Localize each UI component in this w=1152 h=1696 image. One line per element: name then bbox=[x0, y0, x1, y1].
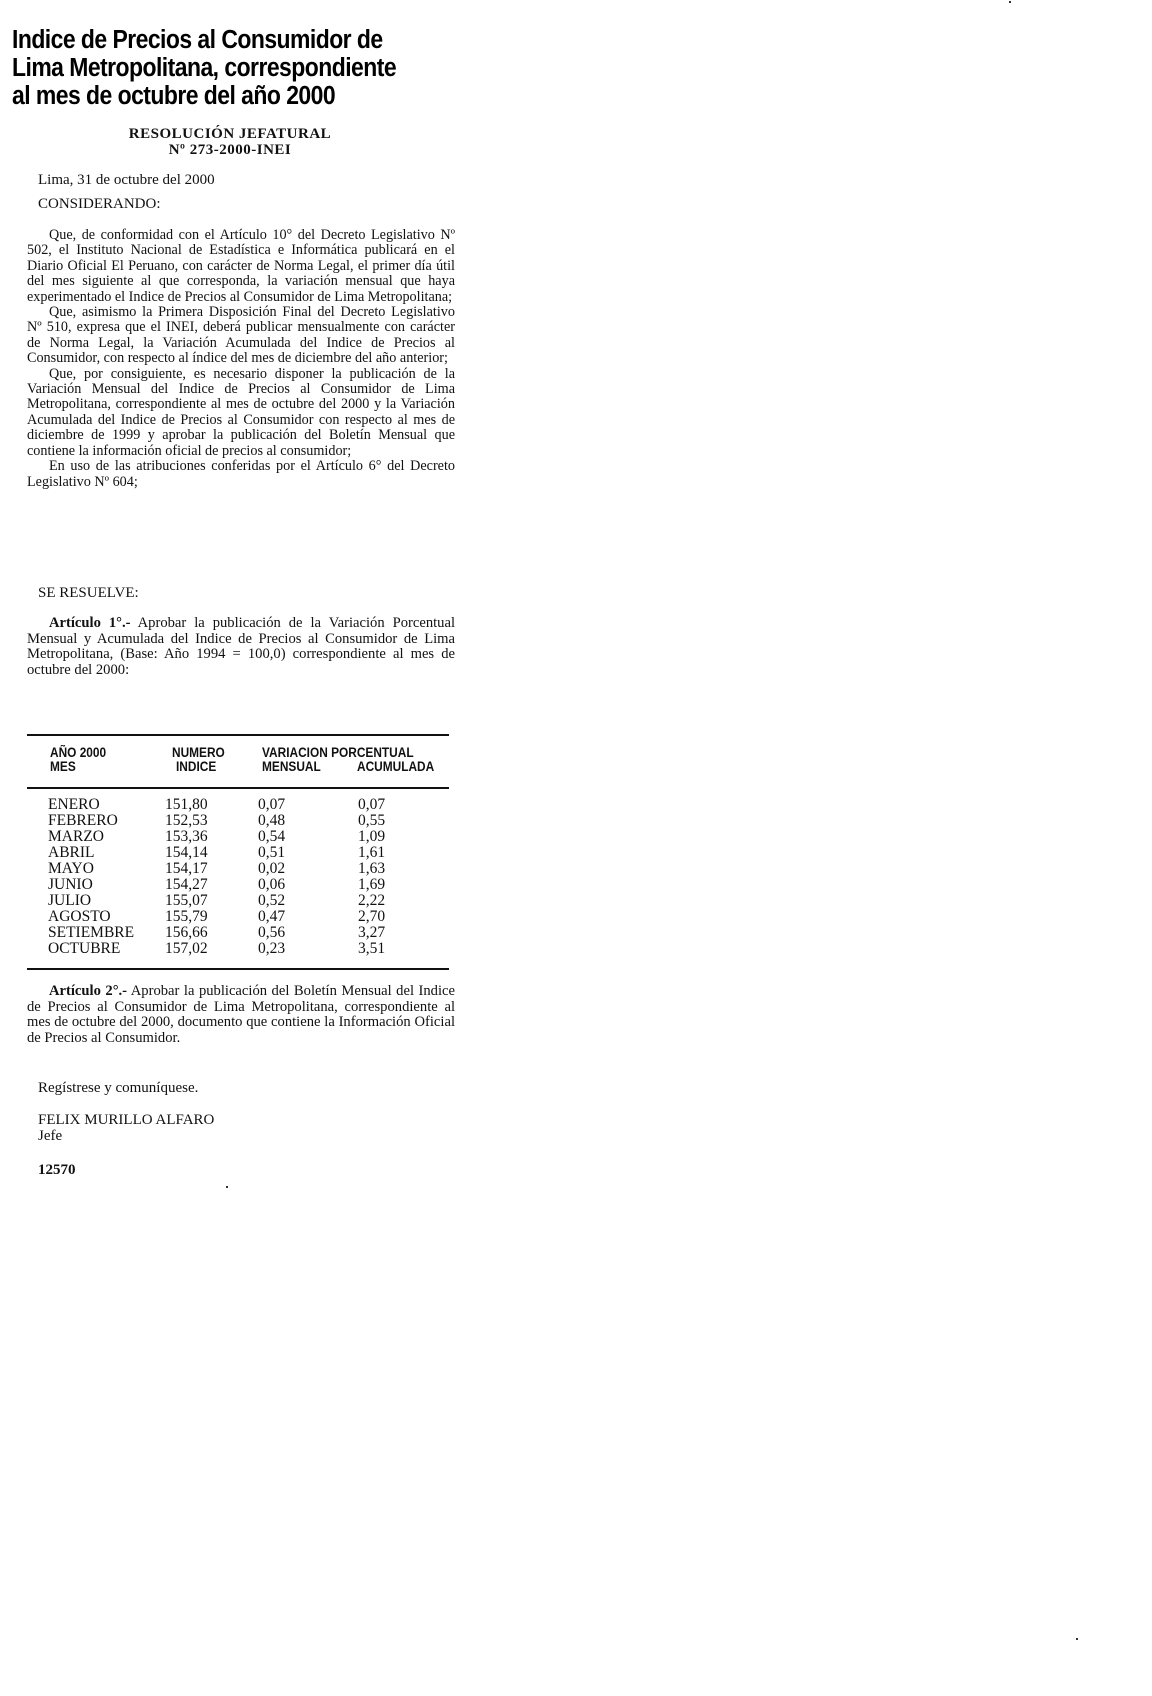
considering-label: CONSIDERANDO: bbox=[38, 196, 161, 213]
article-2-label: Artículo 2°.- bbox=[49, 983, 127, 999]
cell-cumulative: 0,07 bbox=[358, 797, 385, 812]
cell-monthly: 0,06 bbox=[258, 877, 285, 892]
signatory-title: Jefe bbox=[38, 1128, 62, 1145]
date-line: Lima, 31 de octubre del 2000 bbox=[38, 172, 215, 189]
cell-cumulative: 0,55 bbox=[358, 813, 385, 828]
article-1: Artículo 1°.- Aprobar la publicación de … bbox=[27, 616, 455, 678]
cell-index: 154,27 bbox=[165, 877, 208, 892]
cell-index: 154,17 bbox=[165, 861, 208, 876]
cell-month: AGOSTO bbox=[48, 909, 111, 924]
cell-cumulative: 1,61 bbox=[358, 845, 385, 860]
table-row: ENERO151,800,070,07 bbox=[48, 797, 448, 812]
consideration-1: Que, de conformidad con el Artículo 10° … bbox=[27, 228, 455, 305]
cell-month: OCTUBRE bbox=[48, 941, 120, 956]
cell-index: 153,36 bbox=[165, 829, 208, 844]
cell-month: MARZO bbox=[48, 829, 104, 844]
resolution-title: RESOLUCIÓN JEFATURAL bbox=[0, 126, 460, 142]
cell-monthly: 0,51 bbox=[258, 845, 285, 860]
header-variation-group: VARIACION PORCENTUAL bbox=[262, 746, 414, 760]
table-top-rule bbox=[27, 734, 449, 736]
article-1-label: Artículo 1°.- bbox=[49, 615, 130, 631]
consideration-3: Que, por consiguiente, es necesario disp… bbox=[27, 367, 455, 459]
cell-cumulative: 3,51 bbox=[358, 941, 385, 956]
header-month: MES bbox=[50, 760, 76, 774]
table-row: JUNIO154,270,061,69 bbox=[48, 877, 448, 892]
cell-index: 154,14 bbox=[165, 845, 208, 860]
cell-cumulative: 1,09 bbox=[358, 829, 385, 844]
resolution-number: Nº 273-2000-INEI bbox=[0, 142, 460, 158]
table-row: AGOSTO155,790,472,70 bbox=[48, 909, 448, 924]
cell-cumulative: 2,70 bbox=[358, 909, 385, 924]
cell-month: ABRIL bbox=[48, 845, 95, 860]
signatory-name: FELIX MURILLO ALFARO bbox=[38, 1112, 214, 1129]
table-row: FEBRERO152,530,480,55 bbox=[48, 813, 448, 828]
headline-line-2: Lima Metropolitana, correspondiente bbox=[12, 54, 408, 82]
cell-index: 157,02 bbox=[165, 941, 208, 956]
scan-speck bbox=[1009, 1, 1011, 3]
cell-cumulative: 2,22 bbox=[358, 893, 385, 908]
cell-month: JULIO bbox=[48, 893, 91, 908]
cell-index: 156,66 bbox=[165, 925, 208, 940]
reference-number: 12570 bbox=[38, 1162, 76, 1179]
cell-cumulative: 1,63 bbox=[358, 861, 385, 876]
header-index: INDICE bbox=[176, 760, 216, 774]
table-header-rule bbox=[27, 787, 449, 789]
cell-monthly: 0,48 bbox=[258, 813, 285, 828]
table-row: SETIEMBRE156,660,563,27 bbox=[48, 925, 448, 940]
cell-month: ENERO bbox=[48, 797, 100, 812]
cell-index: 152,53 bbox=[165, 813, 208, 828]
cell-month: JUNIO bbox=[48, 877, 93, 892]
header-cumulative: ACUMULADA bbox=[357, 760, 434, 774]
cell-monthly: 0,02 bbox=[258, 861, 285, 876]
cell-monthly: 0,47 bbox=[258, 909, 285, 924]
cell-month: SETIEMBRE bbox=[48, 925, 134, 940]
headline: Indice de Precios al Consumidor de Lima … bbox=[12, 26, 408, 110]
cell-monthly: 0,07 bbox=[258, 797, 285, 812]
table-row: JULIO155,070,522,22 bbox=[48, 893, 448, 908]
cell-index: 155,07 bbox=[165, 893, 208, 908]
consideration-2: Que, asimismo la Primera Disposición Fin… bbox=[27, 305, 455, 367]
header-monthly: MENSUAL bbox=[262, 760, 321, 774]
cell-cumulative: 1,69 bbox=[358, 877, 385, 892]
headline-line-3: al mes de octubre del año 2000 bbox=[12, 82, 408, 110]
consideration-4: En uso de las atribuciones conferidas po… bbox=[27, 459, 455, 490]
cell-monthly: 0,54 bbox=[258, 829, 285, 844]
cell-index: 151,80 bbox=[165, 797, 208, 812]
cell-monthly: 0,56 bbox=[258, 925, 285, 940]
cell-cumulative: 3,27 bbox=[358, 925, 385, 940]
table-row: OCTUBRE157,020,233,51 bbox=[48, 941, 448, 956]
resolution-heading: RESOLUCIÓN JEFATURAL Nº 273-2000-INEI bbox=[0, 126, 460, 158]
scan-speck bbox=[1076, 1638, 1078, 1640]
header-year: AÑO 2000 bbox=[50, 746, 106, 760]
closing-line: Regístrese y comuníquese. bbox=[38, 1080, 198, 1097]
table-row: ABRIL154,140,511,61 bbox=[48, 845, 448, 860]
table-row: MARZO153,360,541,09 bbox=[48, 829, 448, 844]
cell-month: FEBRERO bbox=[48, 813, 118, 828]
article-2: Artículo 2°.- Aprobar la publicación del… bbox=[27, 984, 455, 1046]
resolves-label: SE RESUELVE: bbox=[38, 585, 139, 602]
scan-speck bbox=[226, 1186, 228, 1188]
headline-line-1: Indice de Precios al Consumidor de bbox=[12, 26, 408, 54]
cell-monthly: 0,23 bbox=[258, 941, 285, 956]
header-number: NUMERO bbox=[172, 746, 225, 760]
cell-month: MAYO bbox=[48, 861, 94, 876]
table-bottom-rule bbox=[27, 968, 449, 970]
table-row: MAYO154,170,021,63 bbox=[48, 861, 448, 876]
cell-index: 155,79 bbox=[165, 909, 208, 924]
considerations: Que, de conformidad con el Artículo 10° … bbox=[27, 228, 455, 490]
cell-monthly: 0,52 bbox=[258, 893, 285, 908]
